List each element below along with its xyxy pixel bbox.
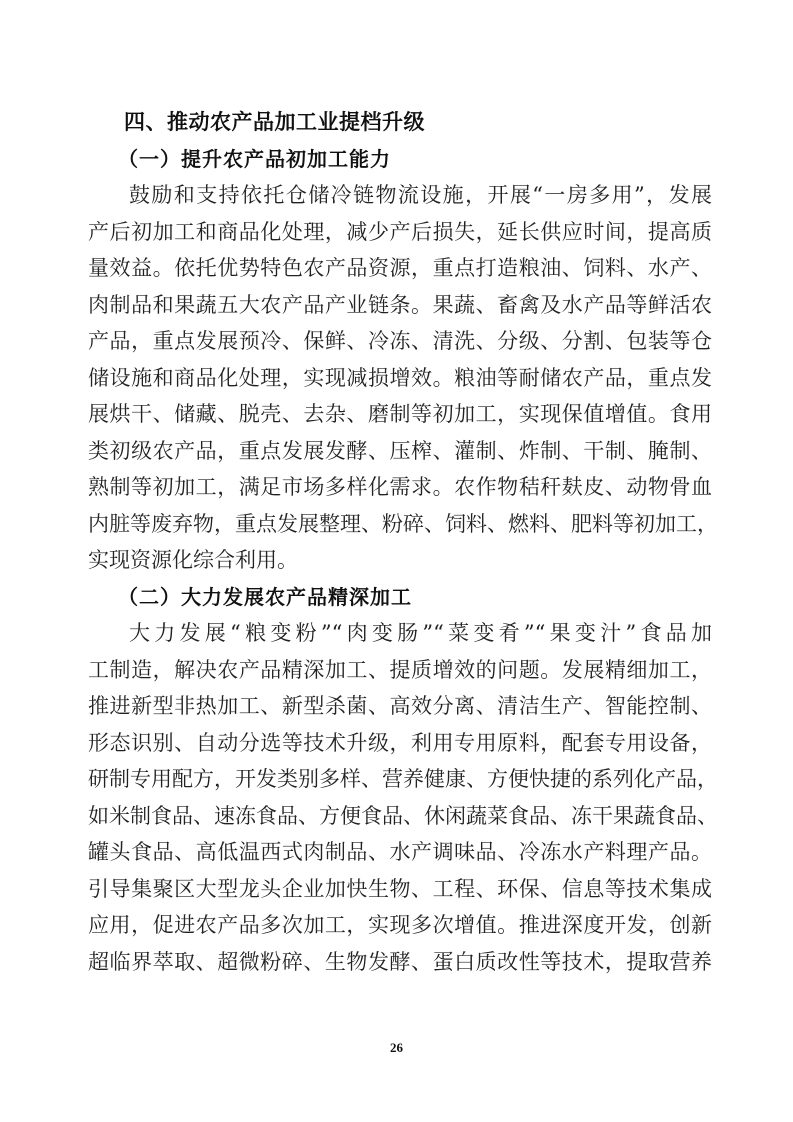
text-line: 推进新型非热加工、新型杀菌、高效分离、清洁生产、智能控制、	[88, 688, 712, 725]
section-heading: 四、推动农产品加工业提档升级	[88, 104, 712, 141]
text-line: 产品，重点发展预冷、保鲜、冷冻、清洗、分级、分割、包装等仓	[88, 323, 712, 360]
text-line: 量效益。依托优势特色农产品资源，重点打造粮油、饲料、水产、	[88, 250, 712, 287]
paragraph-1: 鼓励和支持依托仓储冷链物流设施，开展“一房多用”，发展 产后初加工和商品化处理，…	[88, 177, 712, 579]
text-line: 熟制等初加工，满足市场多样化需求。农作物秸秆麸皮、动物骨血	[88, 469, 712, 506]
subsection-heading-1: （一）提升农产品初加工能力	[88, 141, 712, 178]
text-line: 类初级农产品，重点发展发酵、压榨、灌制、炸制、干制、腌制、	[88, 433, 712, 470]
paragraph-2: 大力发展“粮变粉”“肉变肠”“菜变肴”“果变汁”食品加 工制造，解决农产品精深加…	[88, 615, 712, 980]
text-line: 实现资源化综合利用。	[88, 542, 712, 579]
text-line: 应用，促进农产品多次加工，实现多次增值。推进深度开发，创新	[88, 907, 712, 944]
text-line: 肉制品和果蔬五大农产品产业链条。果蔬、畜禽及水产品等鲜活农	[88, 287, 712, 324]
text-line: 超临界萃取、超微粉碎、生物发酵、蛋白质改性等技术，提取营养	[88, 944, 712, 981]
page-content: 四、推动农产品加工业提档升级 （一）提升农产品初加工能力 鼓励和支持依托仓储冷链…	[88, 104, 712, 980]
text-line: 引导集聚区大型龙头企业加快生物、工程、环保、信息等技术集成	[88, 871, 712, 908]
text-line: 鼓励和支持依托仓储冷链物流设施，开展“一房多用”，发展	[88, 177, 712, 214]
text-line: 工制造，解决农产品精深加工、提质增效的问题。发展精细加工，	[88, 652, 712, 689]
text-line: 展烘干、储藏、脱壳、去杂、磨制等初加工，实现保值增值。食用	[88, 396, 712, 433]
text-line: 大力发展“粮变粉”“肉变肠”“菜变肴”“果变汁”食品加	[88, 615, 712, 652]
subsection-heading-2: （二）大力发展农产品精深加工	[88, 579, 712, 616]
text-line: 形态识别、自动分选等技术升级，利用专用原料，配套专用设备，	[88, 725, 712, 762]
text-line: 罐头食品、高低温西式肉制品、水产调味品、冷冻水产料理产品。	[88, 834, 712, 871]
text-line: 储设施和商品化处理，实现减损增效。粮油等耐储农产品，重点发	[88, 360, 712, 397]
text-line: 产后初加工和商品化处理，减少产后损失，延长供应时间，提高质	[88, 214, 712, 251]
text-line: 如米制食品、速冻食品、方便食品、休闲蔬菜食品、冻干果蔬食品、	[88, 798, 712, 835]
text-line: 研制专用配方，开发类别多样、营养健康、方便快捷的系列化产品，	[88, 761, 712, 798]
page-number: 26	[0, 1040, 793, 1056]
text-line: 内脏等废弃物，重点发展整理、粉碎、饲料、燃料、肥料等初加工，	[88, 506, 712, 543]
document-page: 四、推动农产品加工业提档升级 （一）提升农产品初加工能力 鼓励和支持依托仓储冷链…	[0, 0, 793, 1122]
